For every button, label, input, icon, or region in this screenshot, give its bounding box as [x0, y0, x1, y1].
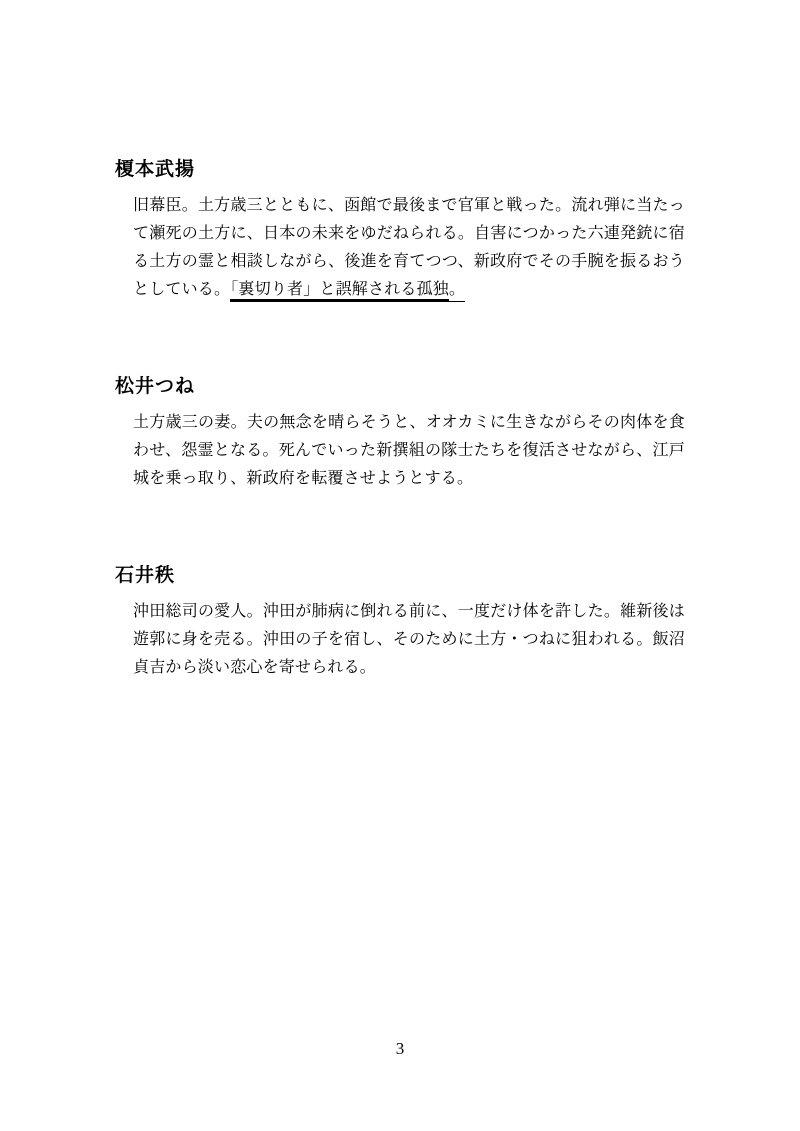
character-name-heading: 松井つね — [115, 374, 685, 400]
character-description: 土方歳三の妻。夫の無念を晴らそうと、オオカミに生きながらその肉体を食わせ、怨霊と… — [115, 409, 685, 493]
character-description: 沖田総司の愛人。沖田が肺病に倒れる前に、一度だけ体を許した。維新後は遊郭に身を売… — [115, 598, 685, 682]
description-underlined-phrase: 「裏切り者」と誤解される孤独 — [230, 281, 449, 302]
character-section-matsui: 松井つね 土方歳三の妻。夫の無念を晴らそうと、オオカミに生きながらその肉体を食わ… — [115, 374, 685, 493]
character-name-heading: 石井秩 — [115, 563, 685, 589]
character-section-ishii: 石井秩 沖田総司の愛人。沖田が肺病に倒れる前に、一度だけ体を許した。維新後は遊郭… — [115, 563, 685, 682]
character-name-heading: 榎本武揚 — [115, 157, 685, 183]
document-content: 榎本武揚 旧幕臣。土方歳三とともに、函館で最後まで官軍と戦った。流れ弾に当たって… — [115, 157, 685, 682]
document-page: 榎本武揚 旧幕臣。土方歳三とともに、函館で最後まで官軍と戦った。流れ弾に当たって… — [0, 0, 800, 1131]
character-description: 旧幕臣。土方歳三とともに、函館で最後まで官軍と戦った。流れ弾に当たって瀬死の土方… — [115, 192, 685, 304]
description-period: 。 — [449, 281, 465, 302]
character-section-enomoto: 榎本武揚 旧幕臣。土方歳三とともに、函館で最後まで官軍と戦った。流れ弾に当たって… — [115, 157, 685, 304]
page-number: 3 — [0, 1039, 800, 1059]
